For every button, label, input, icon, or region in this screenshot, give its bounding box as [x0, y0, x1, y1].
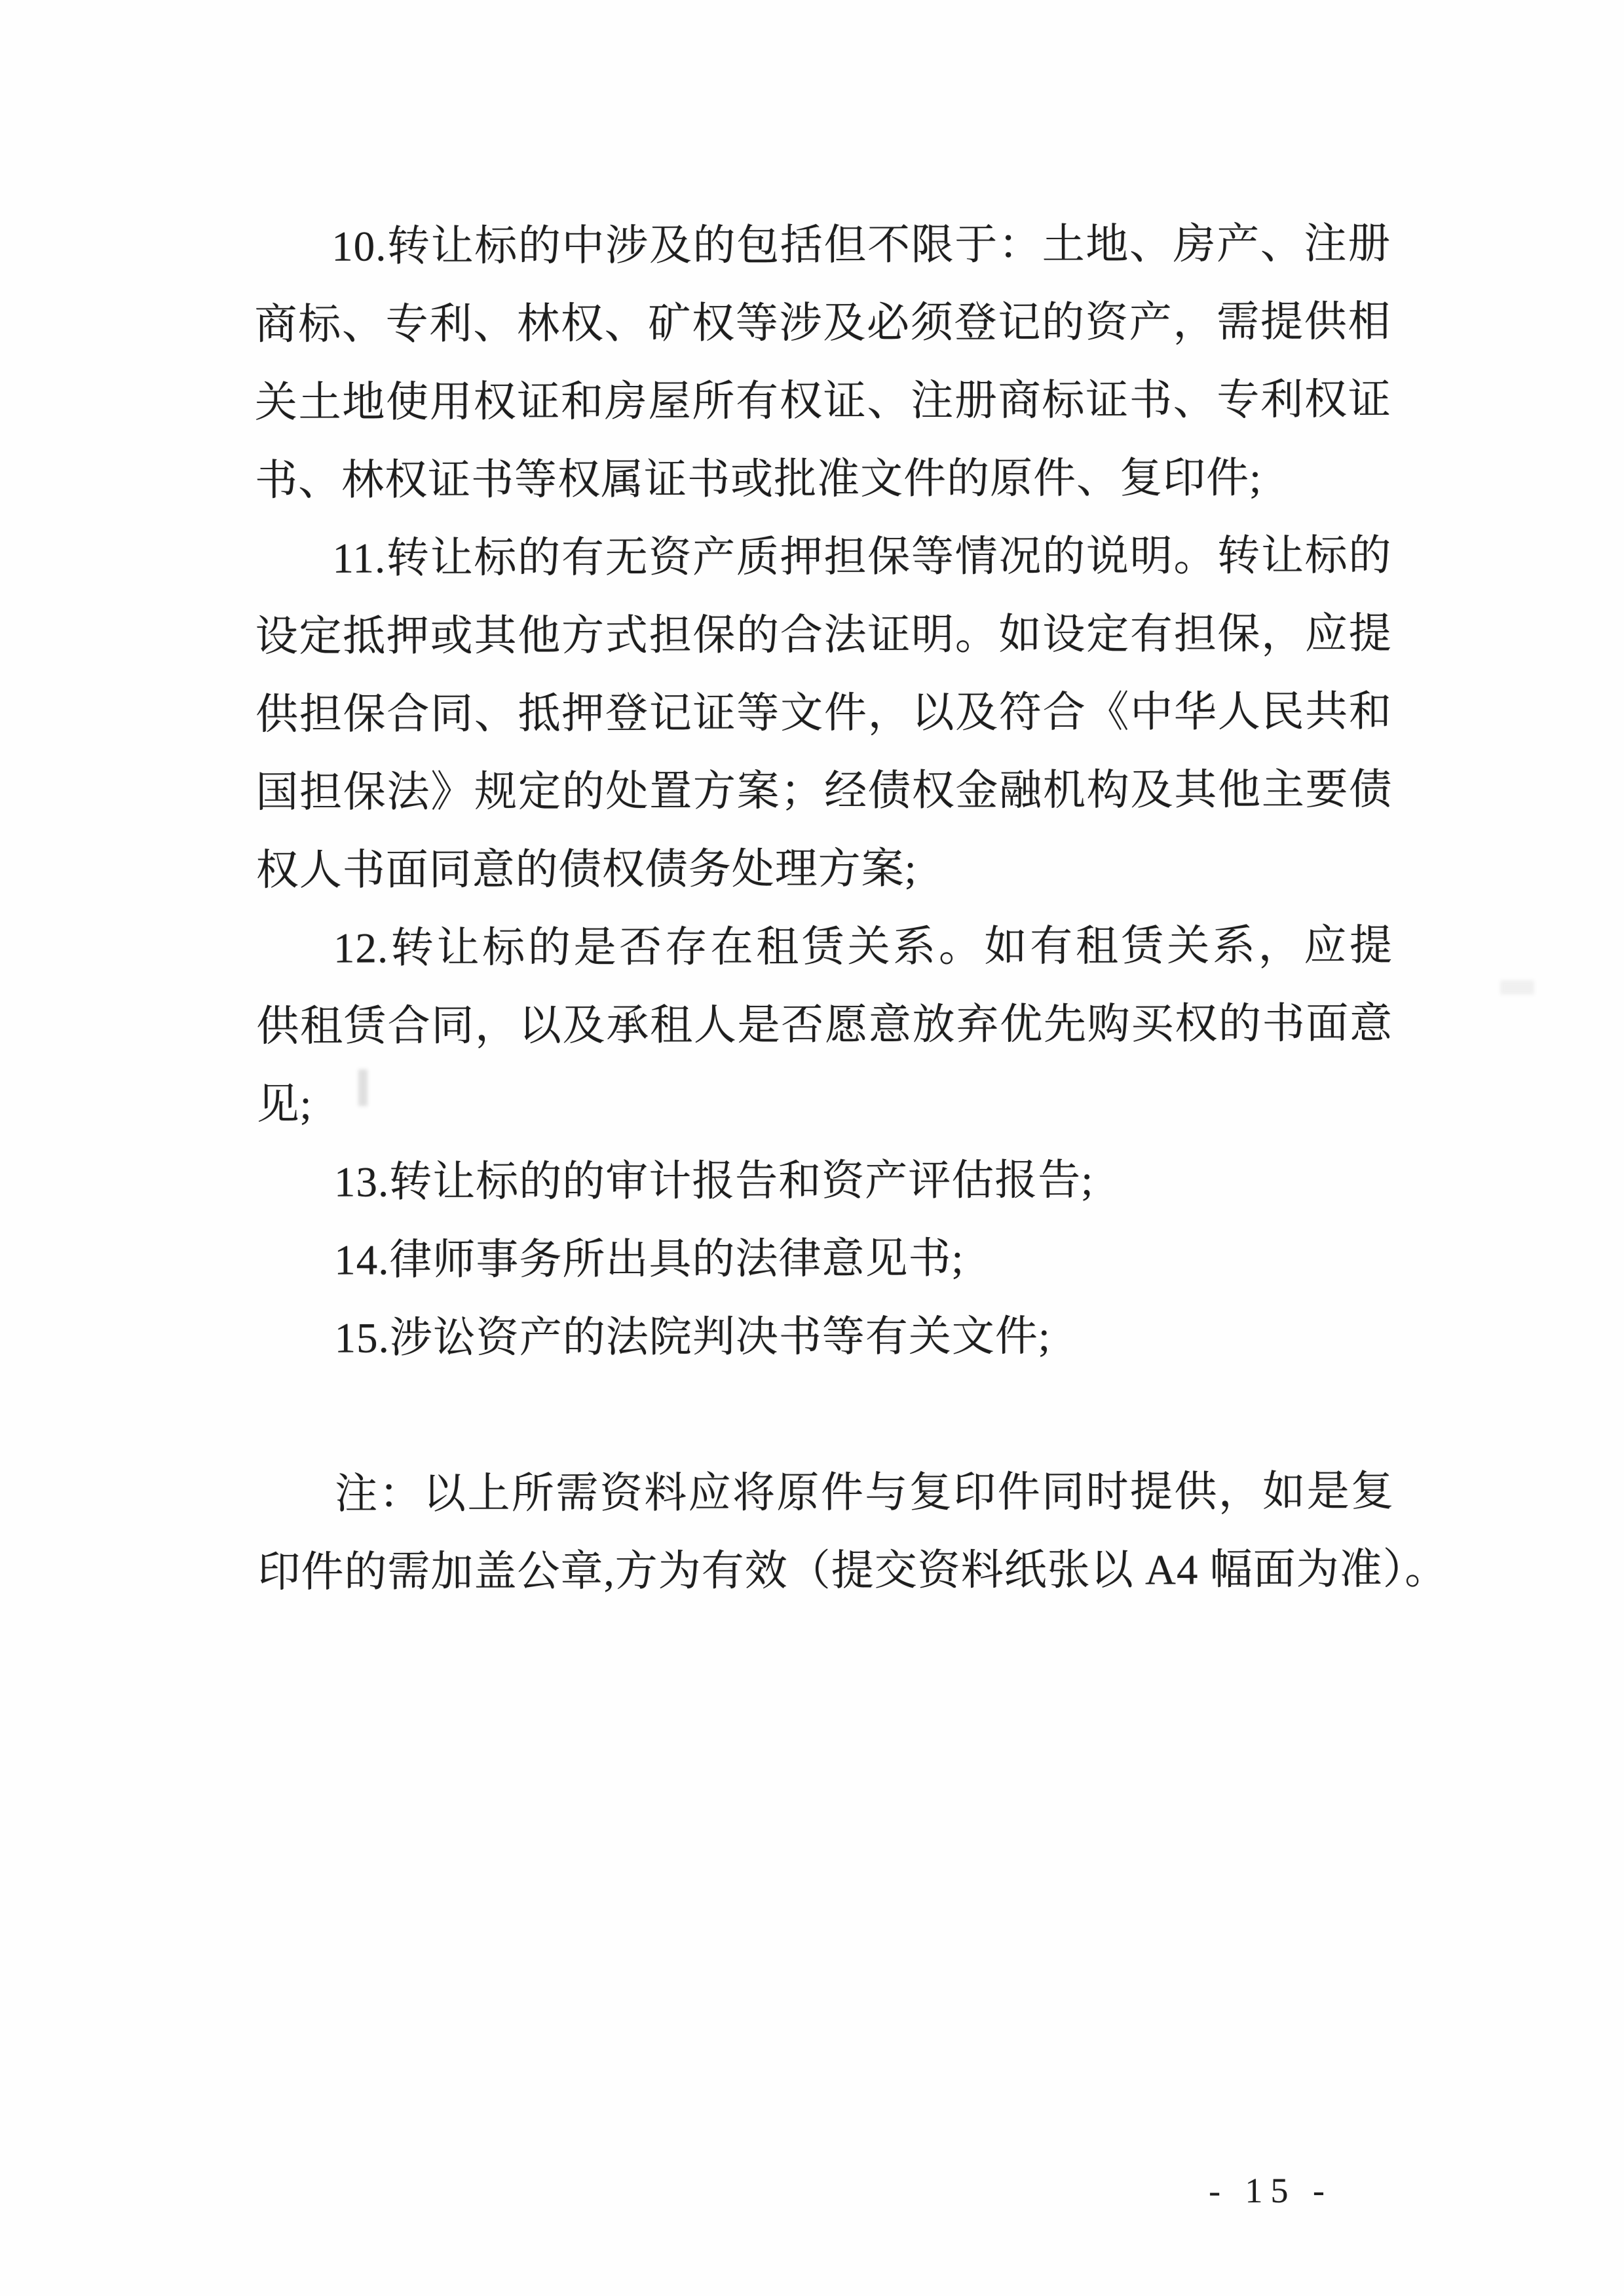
scanned-document-page: 10.转让标的中涉及的包括但不限于：土地、房产、注册 商标、专利、林权、矿权等涉…: [0, 0, 1624, 2296]
text-line-note-1: 注：以上所需资料应将原件与复印件同时提供，如是复: [257, 1453, 1394, 1534]
text-line-item11-1: 11.转让标的有无资产质押担保等情况的说明。转让标的: [255, 517, 1391, 598]
text-line-item11-4: 国担保法》规定的处置方案；经债权金融机构及其他主要债: [255, 751, 1392, 832]
text-line-item10-1: 10.转让标的中涉及的包括但不限于：土地、房产、注册: [254, 205, 1391, 286]
text-line-item10-3: 关土地使用权证和房屋所有权证、注册商标证书、专利权证: [255, 361, 1391, 442]
text-line-item12-2: 供租赁合同，以及承租人是否愿意放弃优先购买权的书面意: [256, 985, 1393, 1066]
text-line-item11-5: 权人书面同意的债权债务处理方案;: [255, 829, 1392, 910]
text-line-item12-1: 12.转让标的是否存在租赁关系。如有租赁关系，应提: [256, 907, 1393, 988]
page-number: - 15 -: [1209, 2170, 1332, 2211]
text-line-item10-2: 商标、专利、林权、矿权等涉及必须登记的资产，需提供相: [254, 283, 1391, 364]
text-line-item14: 14.律师事务所出具的法律意见书;: [257, 1219, 1393, 1300]
text-line-item15: 15.涉讼资产的法院判决书等有关文件;: [257, 1297, 1393, 1378]
text-line-item11-2: 设定抵押或其他方式担保的合法证明。如设定有担保，应提: [255, 595, 1392, 676]
text-line-note-2: 印件的需加盖公章,方为有效（提交资料纸张以 A4 幅面为准）。: [257, 1531, 1394, 1612]
line-spacer: [257, 1375, 1394, 1456]
text-line-item12-3: 见;: [256, 1063, 1393, 1144]
scan-smudge: [358, 1069, 368, 1106]
scan-smudge: [1500, 980, 1534, 995]
text-line-item10-4: 书、林权证书等权属证书或批准文件的原件、复印件;: [255, 439, 1391, 520]
document-text-block: 10.转让标的中涉及的包括但不限于：土地、房产、注册 商标、专利、林权、矿权等涉…: [254, 205, 1395, 1612]
text-line-item11-3: 供担保合同、抵押登记证等文件，以及符合《中华人民共和: [255, 673, 1392, 754]
text-line-item13: 13.转让标的的审计报告和资产评估报告;: [257, 1141, 1393, 1222]
